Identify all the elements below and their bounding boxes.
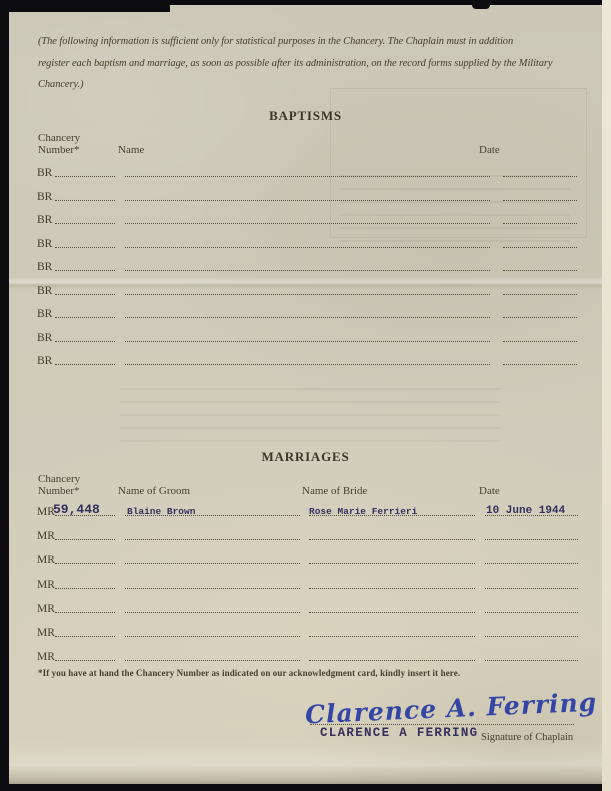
chancery-dots [55, 247, 115, 248]
baptism-row: BR [37, 353, 582, 367]
groom-line [125, 588, 300, 589]
date-line [503, 341, 577, 342]
baptism-row: BR [37, 259, 582, 273]
scan-edge-left [0, 0, 9, 791]
name-line [125, 270, 490, 271]
row-prefix: BR [37, 191, 52, 203]
row-prefix: BR [37, 238, 52, 250]
baptisms-header-name: Name [118, 144, 144, 156]
bride-line [309, 660, 475, 661]
chancery-dots [55, 341, 115, 342]
name-line [125, 247, 490, 248]
date-line [485, 563, 578, 564]
scan-edge-top-block [0, 0, 170, 12]
baptism-row: BR [37, 330, 582, 344]
date-line [503, 294, 577, 295]
marriages-header-groom: Name of Groom [118, 485, 190, 497]
groom-line [125, 539, 300, 540]
baptisms-header-date: Date [479, 144, 500, 156]
chancery-dots [55, 223, 115, 224]
chancery-dots [55, 364, 115, 365]
entry-bride: Rose Marie Ferrieri [309, 506, 417, 517]
chancery-dots [55, 176, 115, 177]
baptism-row: BR [37, 283, 582, 297]
name-line [125, 176, 490, 177]
entry-date: 10 June 1944 [486, 505, 565, 517]
date-line [503, 176, 577, 177]
bride-line [309, 563, 475, 564]
date-line [503, 200, 577, 201]
chancery-dots [55, 294, 115, 295]
entry-groom: Blaine Brown [127, 506, 195, 517]
groom-line [125, 612, 300, 613]
paper-crumple [9, 740, 602, 785]
bride-line [309, 588, 475, 589]
row-prefix: BR [37, 285, 52, 297]
entry-chancery-number: 59,448 [53, 502, 100, 517]
marriage-row: MR59,448Blaine BrownRose Marie Ferrieri1… [37, 504, 582, 518]
marriages-header-chancery-1: Chancery [38, 473, 80, 485]
signature-label: Signature of Chaplain [481, 732, 573, 743]
marriages-header-bride: Name of Bride [302, 485, 367, 497]
intro-paragraph: (The following information is sufficient… [38, 31, 590, 96]
chancery-dots [55, 636, 115, 637]
marriage-row: MR [37, 528, 582, 542]
name-line [125, 200, 490, 201]
baptisms-header-chancery-1: Chancery [38, 132, 80, 144]
intro-line: Chancery.) [38, 74, 590, 96]
row-prefix: BR [37, 355, 52, 367]
baptisms-title: BAPTISMS [0, 108, 611, 124]
chancery-dots [55, 270, 115, 271]
marriages-header-chancery-2: Number* [38, 485, 80, 497]
row-prefix: MR [37, 627, 55, 639]
date-line [485, 636, 578, 637]
chancery-dots [55, 200, 115, 201]
footnote: *If you have at hand the Chancery Number… [38, 668, 460, 678]
row-prefix: BR [37, 261, 52, 273]
row-prefix: BR [37, 167, 52, 179]
intro-line: register each baptism and marriage, as s… [38, 53, 590, 75]
marriage-row: MR [37, 625, 582, 639]
intro-line: (The following information is sufficient… [38, 31, 590, 53]
baptism-row: BR [37, 236, 582, 250]
scanned-form-page: (The following information is sufficient… [0, 0, 611, 791]
name-line [125, 364, 490, 365]
date-line [485, 588, 578, 589]
date-line [485, 660, 578, 661]
marriages-title: MARRIAGES [0, 449, 611, 465]
name-line [125, 341, 490, 342]
date-line [485, 612, 578, 613]
chancery-dots [55, 588, 115, 589]
date-line [503, 247, 577, 248]
row-prefix: MR [37, 603, 55, 615]
baptism-row: BR [37, 212, 582, 226]
date-line [503, 317, 577, 318]
marriage-row: MR [37, 601, 582, 615]
chancery-dots [55, 660, 115, 661]
row-prefix: MR [37, 530, 55, 542]
chancery-dots [55, 612, 115, 613]
chancery-dots [55, 563, 115, 564]
signature-line [310, 724, 574, 725]
baptism-row: BR [37, 189, 582, 203]
marriage-row: MR [37, 552, 582, 566]
row-prefix: MR [37, 651, 55, 663]
date-line [503, 223, 577, 224]
marriage-row: MR [37, 649, 582, 663]
bride-line [309, 612, 475, 613]
date-line [485, 539, 578, 540]
chancery-dots [55, 539, 115, 540]
groom-line [125, 636, 300, 637]
groom-line [125, 563, 300, 564]
bride-line [309, 539, 475, 540]
name-line [125, 317, 490, 318]
chancery-dots [55, 317, 115, 318]
groom-line [125, 660, 300, 661]
marriage-row: MR [37, 577, 582, 591]
row-prefix: MR [37, 554, 55, 566]
bride-line [309, 636, 475, 637]
typed-signature-name: CLARENCE A FERRING [320, 726, 478, 740]
name-line [125, 294, 490, 295]
baptism-row: BR [37, 165, 582, 179]
name-line [125, 223, 490, 224]
baptism-row: BR [37, 306, 582, 320]
baptisms-header-chancery-2: Number* [38, 144, 80, 156]
scan-edge-notch [472, 0, 490, 9]
row-prefix: BR [37, 214, 52, 226]
row-prefix: BR [37, 332, 52, 344]
date-line [503, 364, 577, 365]
row-prefix: BR [37, 308, 52, 320]
date-line [503, 270, 577, 271]
scan-edge-bottom [0, 784, 602, 791]
marriages-header-date: Date [479, 485, 500, 497]
row-prefix: MR [37, 579, 55, 591]
